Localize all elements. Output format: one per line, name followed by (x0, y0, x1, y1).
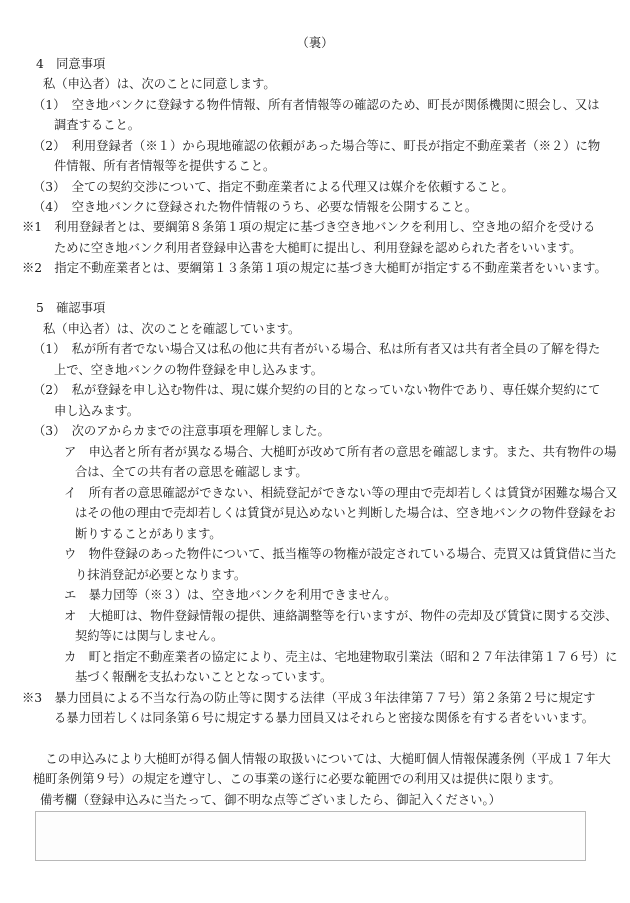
note-1-line-2: ために空き地バンク利用者登録申込書を大槌町に提出し、利用登録を認められた者をいい… (54, 241, 582, 255)
note-3-line-1: ※3 暴力団員による不当な行為の防止等に関する法律（平成３年法律第７７号）第２条… (22, 691, 595, 705)
subitem-o-line-1: オ 大槌町は、物件登録情報の提供、連絡調整等を行いますが、物件の売却及び賃貸に関… (64, 609, 617, 623)
privacy-line-2: 槌町条例第９号）の規定を遵守し、この事業の遂行に必要な範囲での利用又は提供に限り… (33, 772, 561, 786)
agree-item-1-line-2: 調査すること。 (54, 118, 140, 132)
subitem-a-line-1: ア 申込者と所有者が異なる場合、大槌町が改めて所有者の意思を確認します。また、共… (64, 445, 616, 459)
section-5-heading: 5 確認事項 (36, 301, 105, 315)
subitem-u-line-1: ウ 物件登録のあった物件について、抵当権等の物権が設定されている場合、売買又は賃… (64, 547, 617, 561)
subitem-i-line-3: 断りすることがあります。 (75, 527, 222, 541)
agree-item-2-line-1: （2） 利用登録者（※１）から現地確認の依頼があった場合等に、町長が指定不動産業… (33, 139, 600, 153)
confirm-item-2-line-1: （2） 私が登録を申し込む物件は、現に媒介契約の目的となっていない物件であり、専… (33, 383, 600, 397)
note-3-line-2: る暴力団若しくは同条第６号に規定する暴力団員又はそれらと密接な関係を有する者をい… (54, 711, 594, 725)
subitem-i-line-2: はその他の理由で売却若しくは賃貸が見込めないと判断した場合は、空き地バンクの物件… (75, 506, 616, 520)
agree-item-1-line-1: （1） 空き地バンクに登録する物件情報、所有者情報等の確認のため、町長が関係機関… (33, 98, 600, 112)
subitem-ka-line-2: 基づく報酬を支払わないこととなっています。 (75, 670, 332, 684)
subitem-a-line-2: 合は、全ての共有者の意思を確認します。 (75, 465, 308, 479)
note-1-line-1: ※1 利用登録者とは、要綱第８条第１項の規定に基づき空き地バンクを利用し、空き地… (22, 220, 595, 234)
confirm-item-3: （3） 次のアからカまでの注意事項を理解しました。 (33, 424, 330, 438)
privacy-line-1: この申込みにより大槌町が得る個人情報の取扱いについては、大槌町個人情報保護条例（… (33, 752, 611, 766)
confirm-item-1-line-2: 上で、空き地バンクの物件登録を申し込みます。 (54, 363, 323, 377)
agree-item-2-line-2: 件情報、所有者情報等を提供すること。 (54, 159, 275, 173)
agree-item-3: （3） 全ての契約交渉について、指定不動産業者による代理又は媒介を依頼すること。 (33, 180, 514, 194)
remarks-label: 備考欄（登録申込みに当たって、御不明な点等ございましたら、御記入ください。） (40, 793, 501, 807)
subitem-e: エ 暴力団等（※３）は、空き地バンクを利用できません。 (64, 588, 397, 602)
section-4-intro: 私（申込者）は、次のことに同意します。 (43, 77, 276, 91)
section-5-intro: 私（申込者）は、次のことを確認しています。 (43, 322, 300, 336)
subitem-ka-line-1: カ 町と指定不動産業者の協定により、売主は、宅地建物取引業法（昭和２７年法律第１… (64, 650, 617, 664)
subitem-i-line-1: イ 所有者の意思確認ができない、相続登記ができない等の理由で売却若しくは賃貸が困… (64, 486, 617, 500)
section-4-heading: 4 同意事項 (36, 57, 105, 71)
subitem-u-line-2: り抹消登記が必要となります。 (75, 568, 246, 582)
note-2: ※2 指定不動産業者とは、要綱第１３条第１項の規定に基づき大槌町が指定する不動産… (22, 261, 607, 275)
agree-item-4: （4） 空き地バンクに登録された物件情報のうち、必要な情報を公開すること。 (33, 200, 477, 214)
subitem-o-line-2: 契約等には関与しません。 (75, 629, 223, 643)
confirm-item-2-line-2: 申し込みます。 (54, 404, 139, 418)
remarks-field[interactable] (35, 811, 586, 861)
page-title: （裏） (0, 36, 630, 50)
confirm-item-1-line-1: （1） 私が所有者でない場合又は私の他に共有者がいる場合、私は所有者又は共有者全… (33, 342, 600, 356)
